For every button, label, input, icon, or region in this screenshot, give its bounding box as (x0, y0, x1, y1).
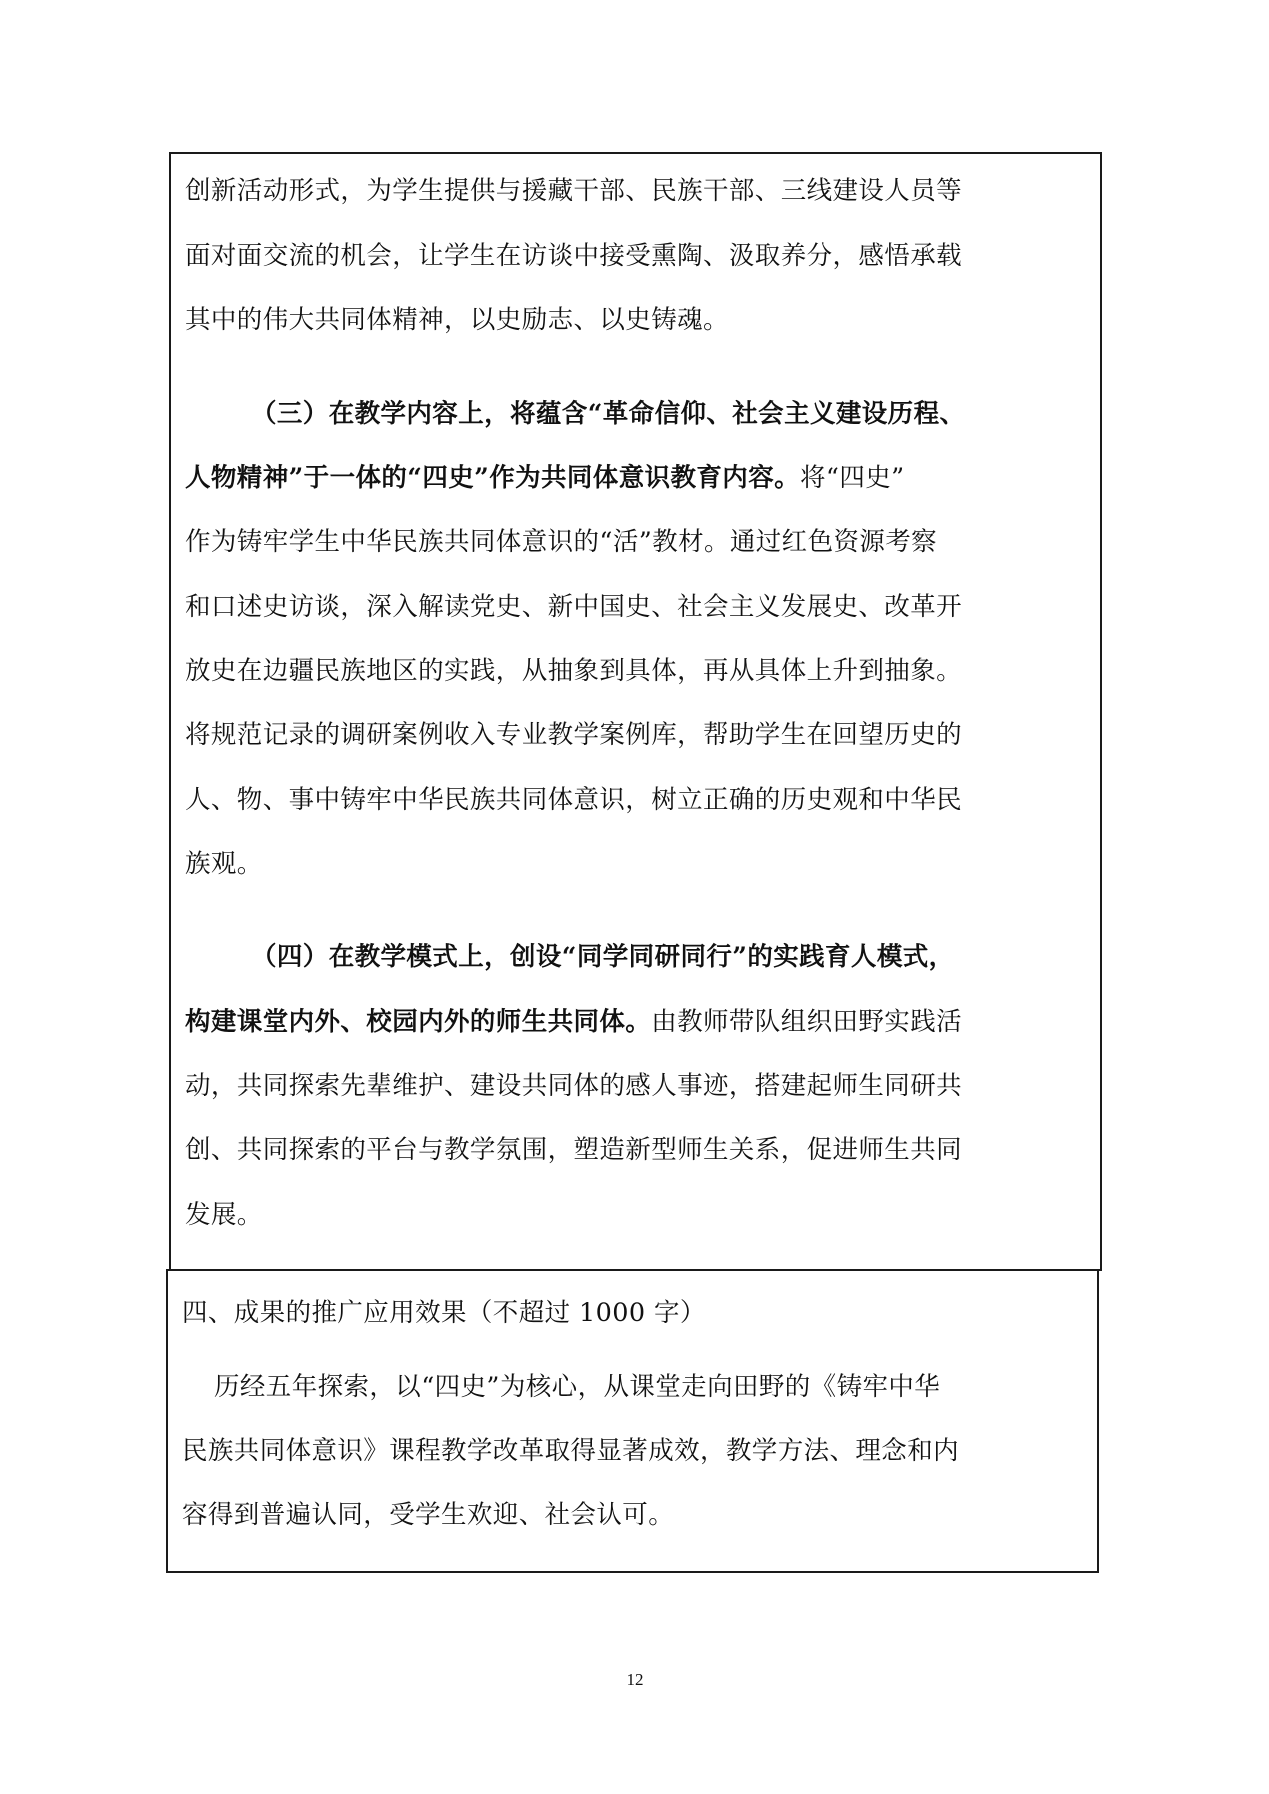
subsection-heading-3: （三）在教学内容上，将蕴含“革命信仰、社会主义建设历程、 (251, 399, 965, 429)
text-fragment: 由教师带队组织田野实践活 (651, 1007, 962, 1037)
page-number: 12 (620, 1670, 650, 1690)
text-line: 族观。 (185, 849, 263, 879)
text-line: 创新活动形式，为学生提供与援藏干部、民族干部、三线建设人员等 (185, 176, 962, 206)
text-line: 创、共同探索的平台与教学氛围，塑造新型师生关系，促进师生共同 (185, 1135, 962, 1165)
text-line: 面对面交流的机会，让学生在访谈中接受熏陶、汲取养分，感悟承载 (185, 241, 962, 271)
text-line: 容得到普遍认同，受学生欢迎、社会认可。 (182, 1500, 674, 1530)
text-line: 放史在边疆民族地区的实践，从抽象到具体，再从具体上升到抽象。 (185, 656, 962, 686)
subsection-heading-4-cont: 构建课堂内外、校园内外的师生共同体。 (185, 1007, 651, 1037)
subsection-heading-3-cont: 人物精神”于一体的“四史”作为共同体意识教育内容。 (185, 463, 800, 493)
text-line: 历经五年探索，以“四史”为核心，从课堂走向田野的《铸牢中华 (214, 1372, 940, 1402)
text-line: 作为铸牢学生中华民族共同体意识的“活”教材。通过红色资源考察 (185, 527, 937, 557)
text-line-mixed: 人物精神”于一体的“四史”作为共同体意识教育内容。将“四史” (185, 463, 905, 493)
text-line: 人、物、事中铸牢中华民族共同体意识，树立正确的历史观和中华民 (185, 785, 962, 815)
text-line: 其中的伟大共同体精神，以史励志、以史铸魂。 (185, 305, 729, 335)
text-line: 和口述史访谈，深入解读党史、新中国史、社会主义发展史、改革开 (185, 592, 962, 622)
text-fragment: 将“四史” (800, 463, 905, 493)
text-line: 将规范记录的调研案例收入专业教学案例库，帮助学生在回望历史的 (185, 720, 962, 750)
text-line: 民族共同体意识》课程教学改革取得显著成效，教学方法、理念和内 (182, 1436, 959, 1466)
section-four-box: 四、成果的推广应用效果（不超过 1000 字） 历经五年探索，以“四史”为核心，… (166, 1269, 1099, 1573)
text-line: 发展。 (185, 1200, 263, 1230)
text-line-mixed: 构建课堂内外、校园内外的师生共同体。由教师带队组织田野实践活 (185, 1007, 962, 1037)
text-line: 动，共同探索先辈维护、建设共同体的感人事迹，搭建起师生同研共 (185, 1071, 962, 1101)
section-heading: 四、成果的推广应用效果（不超过 1000 字） (182, 1298, 706, 1328)
subsection-heading-4: （四）在教学模式上，创设“同学同研同行”的实践育人模式， (251, 942, 955, 972)
section-three-continued-box: 创新活动形式，为学生提供与援藏干部、民族干部、三线建设人员等 面对面交流的机会，… (169, 152, 1102, 1271)
